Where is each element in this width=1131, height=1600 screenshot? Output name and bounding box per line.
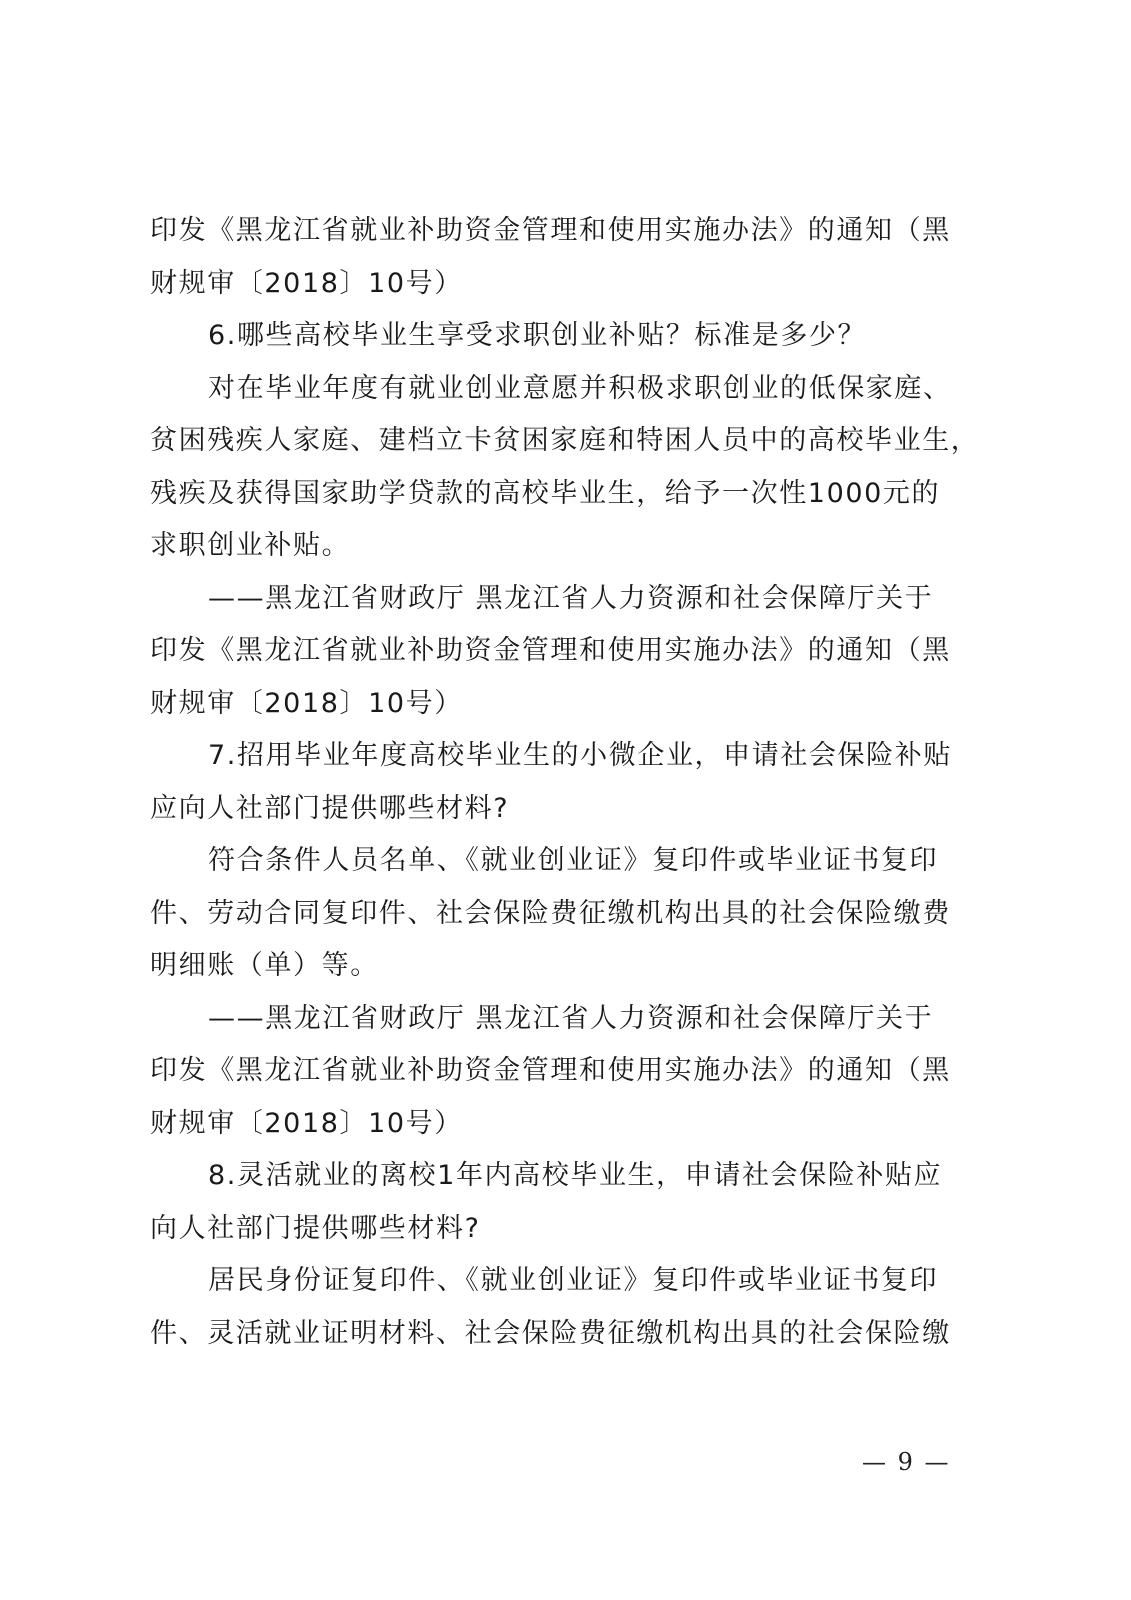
answer-line: 件、劳动合同复印件、社会保险费征缴机构出具的社会保险缴费 [150,888,970,941]
answer-line: 残疾及获得国家助学贷款的高校毕业生，给予一次性1000元的 [150,468,970,521]
answer-line: 符合条件人员名单、《就业创业证》复印件或毕业证书复印 [150,835,970,888]
answer-line: 对在毕业年度有就业创业意愿并积极求职创业的低保家庭、 [150,363,970,416]
question-line: 应向人社部门提供哪些材料? [150,783,970,836]
answer-line: 贫困残疾人家庭、建档立卡贫困家庭和特困人员中的高校毕业生， [150,415,970,468]
citation-line: 印发《黑龙江省就业补助资金管理和使用实施办法》的通知（黑 [150,625,970,678]
answer-line: 居民身份证复印件、《就业创业证》复印件或毕业证书复印 [150,1255,970,1308]
answer-line: 件、灵活就业证明材料、社会保险费征缴机构出具的社会保险缴 [150,1308,970,1361]
citation-line: 财规审〔2018〕10号） [150,258,970,311]
question-heading-7: 7.招用毕业年度高校毕业生的小微企业，申请社会保险补贴 [150,730,970,783]
citation-line: 印发《黑龙江省就业补助资金管理和使用实施办法》的通知（黑 [150,1045,970,1098]
citation-line: 印发《黑龙江省就业补助资金管理和使用实施办法》的通知（黑 [150,205,970,258]
citation-line: ——黑龙江省财政厅 黑龙江省人力资源和社会保障厅关于 [150,573,970,626]
citation-line: ——黑龙江省财政厅 黑龙江省人力资源和社会保障厅关于 [150,993,970,1046]
question-line: 向人社部门提供哪些材料? [150,1203,970,1256]
question-heading-8: 8.灵活就业的离校1年内高校毕业生，申请社会保险补贴应 [150,1150,970,1203]
answer-line: 求职创业补贴。 [150,520,970,573]
page-body: 印发《黑龙江省就业补助资金管理和使用实施办法》的通知（黑 财规审〔2018〕10… [150,205,970,1360]
document-page: 印发《黑龙江省就业补助资金管理和使用实施办法》的通知（黑 财规审〔2018〕10… [0,0,1131,1600]
question-heading-6: 6.哪些高校毕业生享受求职创业补贴？标准是多少？ [150,310,970,363]
citation-line: 财规审〔2018〕10号） [150,1098,970,1151]
citation-line: 财规审〔2018〕10号） [150,678,970,731]
answer-line: 明细账（单）等。 [150,940,970,993]
page-number: — 9 — [862,1448,951,1476]
